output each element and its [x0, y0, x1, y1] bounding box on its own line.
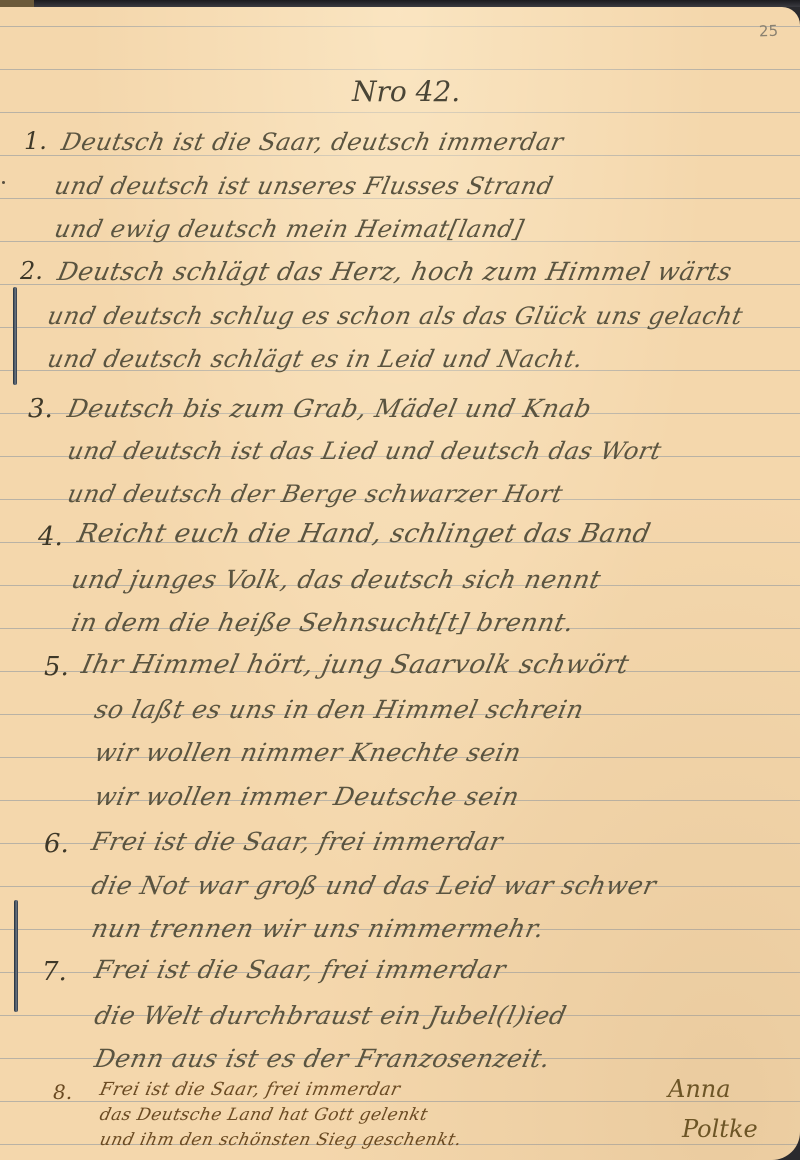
verse-line: und deutsch ist das Lied und deutsch das…: [65, 437, 664, 465]
verse-line: und junges Volk, das deutsch sich nennt: [69, 565, 604, 594]
page-number: 25: [759, 22, 779, 41]
verse-number: 6.: [44, 829, 69, 859]
notebook-tab: [0, 0, 34, 7]
verse-line: Deutsch ist die Saar, deutsch immerdar: [59, 128, 566, 156]
verse-line: Ihr Himmel hört, jung Saarvolk schwört: [79, 650, 632, 680]
verse-line: Denn aus ist es der Franzosenzeit.: [92, 1044, 553, 1073]
verse-line: und deutsch schlägt es in Leid und Nacht…: [45, 345, 586, 373]
verse-line: Frei ist die Saar, frei immerdar: [92, 955, 509, 984]
margin-mark: [2, 181, 5, 184]
verse-line: Frei ist die Saar, frei immerdar: [98, 1079, 403, 1100]
verse-line: Deutsch schlägt das Herz, hoch zum Himme…: [55, 257, 735, 286]
verse-line: Frei ist die Saar, frei immerdar: [89, 827, 506, 856]
verse-line: Deutsch bis zum Grab, Mädel und Knab: [65, 394, 595, 423]
signature-first-name: Anna: [668, 1075, 731, 1103]
verse-line: das Deutsche Land hat Gott gelenkt: [98, 1105, 430, 1125]
staple-bottom: [14, 900, 18, 1012]
verse-number: 8.: [53, 1080, 72, 1104]
staple-top: [13, 287, 17, 385]
verse-line: und ewig deutsch mein Heimat[land]: [52, 215, 527, 243]
scan-top-edge: [0, 0, 800, 7]
signature-last-name: Poltke: [682, 1115, 758, 1143]
page-title: Nro 42.: [352, 75, 460, 108]
verse-line: so laßt es uns in den Himmel schrein: [92, 695, 587, 724]
verse-number: 7.: [42, 957, 67, 987]
verse-number: 1.: [24, 127, 47, 155]
verse-line: die Not war groß und das Leid war schwer: [89, 871, 659, 900]
verse-line: Reicht euch die Hand, schlinget das Band: [75, 519, 654, 549]
verse-number: 2.: [20, 257, 43, 285]
verse-line: nun trennen wir uns nimmermehr.: [89, 914, 547, 943]
verse-line: und deutsch ist unseres Flusses Strand: [52, 172, 556, 200]
verse-line: in dem die heiße Sehnsucht[t] brennt.: [69, 608, 577, 637]
verse-line: wir wollen nimmer Knechte sein: [92, 738, 524, 767]
verse-number: 4.: [38, 522, 63, 552]
verse-number: 3.: [28, 394, 53, 424]
verse-line: die Welt durchbraust ein Jubel(l)ied: [92, 1001, 569, 1030]
verse-line: und deutsch der Berge schwarzer Hort: [65, 480, 566, 508]
verse-number: 5.: [44, 652, 69, 682]
notebook-page: 25 Nro 42. 1. Deutsch ist die Saar, deut…: [0, 7, 800, 1160]
verse-line: und ihm den schönsten Sieg geschenkt.: [98, 1130, 464, 1150]
verse-line: und deutsch schlug es schon als das Glüc…: [45, 302, 746, 330]
verse-line: wir wollen immer Deutsche sein: [92, 782, 522, 811]
